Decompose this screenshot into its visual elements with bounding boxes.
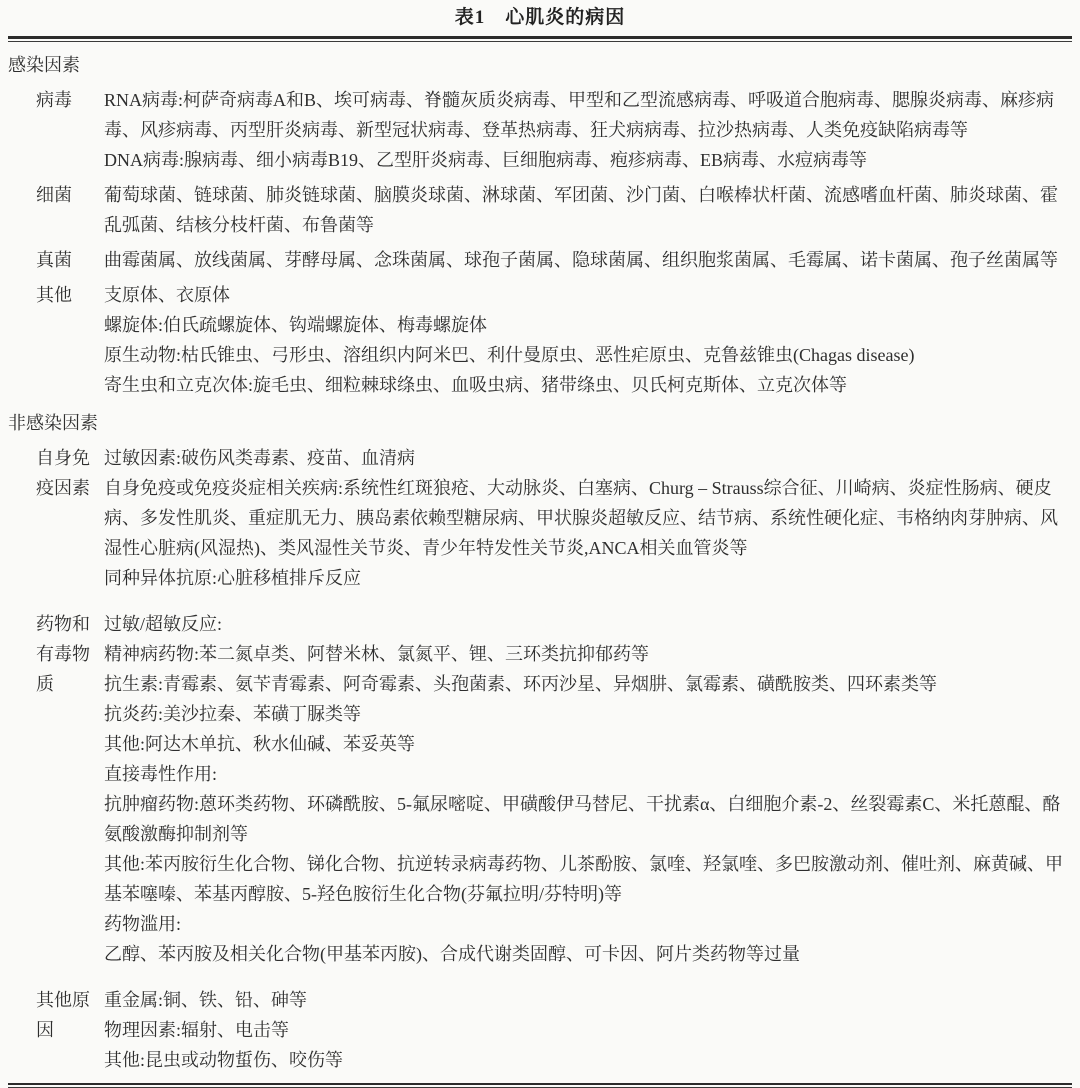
row-label: 病毒 <box>36 85 94 175</box>
scanned-table-page: 表1 心肌炎的病因 感染因素病毒RNA病毒:柯萨奇病毒A和B、埃可病毒、脊髓灰质… <box>0 0 1080 1088</box>
row-paragraph: 其他:苯丙胺衍生化合物、锑化合物、抗逆转录病毒药物、儿茶酚胺、氯喹、羟氯喹、多巴… <box>104 849 1072 909</box>
table-row: 其他支原体、衣原体螺旋体:伯氏疏螺旋体、钩端螺旋体、梅毒螺旋体原生动物:枯氏锥虫… <box>8 280 1072 400</box>
row-paragraph: 其他:阿达木单抗、秋水仙碱、苯妥英等 <box>104 729 1072 759</box>
row-paragraph: 其他:昆虫或动物蜇伤、咬伤等 <box>104 1045 1072 1075</box>
row-content: RNA病毒:柯萨奇病毒A和B、埃可病毒、脊髓灰质炎病毒、甲型和乙型流感病毒、呼吸… <box>94 85 1072 175</box>
row-label: 其他原因 <box>36 985 94 1075</box>
row-paragraph: 螺旋体:伯氏疏螺旋体、钩端螺旋体、梅毒螺旋体 <box>104 310 1072 340</box>
row-label: 真菌 <box>36 245 94 275</box>
row-paragraph: 抗肿瘤药物:蒽环类药物、环磷酰胺、5-氟尿嘧啶、甲磺酸伊马替尼、干扰素α、白细胞… <box>104 789 1072 849</box>
row-content: 重金属:铜、铁、铅、砷等物理因素:辐射、电击等其他:昆虫或动物蜇伤、咬伤等 <box>94 985 1072 1075</box>
row-paragraph: 自身免疫或免疫炎症相关疾病:系统性红斑狼疮、大动脉炎、白塞病、Churg – S… <box>104 473 1072 563</box>
row-label: 其他 <box>36 280 94 400</box>
row-content: 曲霉菌属、放线菌属、芽酵母属、念珠菌属、球孢子菌属、隐球菌属、组织胞浆菌属、毛霉… <box>94 245 1072 275</box>
table-bottom-rule <box>8 1083 1072 1088</box>
table-title: 表1 心肌炎的病因 <box>8 4 1072 32</box>
section-header: 感染因素 <box>8 50 1072 80</box>
row-paragraph: 葡萄球菌、链球菌、肺炎链球菌、脑膜炎球菌、淋球菌、军团菌、沙门菌、白喉棒状杆菌、… <box>104 180 1072 240</box>
row-paragraph: 精神病药物:苯二氮卓类、阿替米林、氯氮平、锂、三环类抗抑郁药等 <box>104 639 1072 669</box>
row-paragraph: 直接毒性作用: <box>104 759 1072 789</box>
row-paragraph: 抗生素:青霉素、氨苄青霉素、阿奇霉素、头孢菌素、环丙沙星、异烟肼、氯霉素、磺酰胺… <box>104 669 1072 699</box>
row-paragraph: 原生动物:枯氏锥虫、弓形虫、溶组织内阿米巴、利什曼原虫、恶性疟原虫、克鲁兹锥虫(… <box>104 340 1072 370</box>
row-paragraph: 抗炎药:美沙拉秦、苯磺丁脲类等 <box>104 699 1072 729</box>
table-top-rule <box>8 36 1072 42</box>
row-paragraph: 过敏因素:破伤风类毒素、疫苗、血清病 <box>104 443 1072 473</box>
row-label: 细菌 <box>36 180 94 240</box>
row-paragraph: 寄生虫和立克次体:旋毛虫、细粒棘球绦虫、血吸虫病、猪带绦虫、贝氏柯克斯体、立克次… <box>104 370 1072 400</box>
row-paragraph: 曲霉菌属、放线菌属、芽酵母属、念珠菌属、球孢子菌属、隐球菌属、组织胞浆菌属、毛霉… <box>104 245 1072 275</box>
row-label: 自身免疫因素 <box>36 443 94 593</box>
row-paragraph: RNA病毒:柯萨奇病毒A和B、埃可病毒、脊髓灰质炎病毒、甲型和乙型流感病毒、呼吸… <box>104 85 1072 145</box>
row-paragraph: 同种异体抗原:心脏移植排斥反应 <box>104 563 1072 593</box>
table-row: 真菌曲霉菌属、放线菌属、芽酵母属、念珠菌属、球孢子菌属、隐球菌属、组织胞浆菌属、… <box>8 245 1072 275</box>
table-row: 细菌葡萄球菌、链球菌、肺炎链球菌、脑膜炎球菌、淋球菌、军团菌、沙门菌、白喉棒状杆… <box>8 180 1072 240</box>
row-paragraph: DNA病毒:腺病毒、细小病毒B19、乙型肝炎病毒、巨细胞病毒、疱疹病毒、EB病毒… <box>104 145 1072 175</box>
row-paragraph: 重金属:铜、铁、铅、砷等 <box>104 985 1072 1015</box>
row-paragraph: 支原体、衣原体 <box>104 280 1072 310</box>
table-row: 其他原因重金属:铜、铁、铅、砷等物理因素:辐射、电击等其他:昆虫或动物蜇伤、咬伤… <box>8 985 1072 1075</box>
row-content: 葡萄球菌、链球菌、肺炎链球菌、脑膜炎球菌、淋球菌、军团菌、沙门菌、白喉棒状杆菌、… <box>94 180 1072 240</box>
row-content: 支原体、衣原体螺旋体:伯氏疏螺旋体、钩端螺旋体、梅毒螺旋体原生动物:枯氏锥虫、弓… <box>94 280 1072 400</box>
table-row: 病毒RNA病毒:柯萨奇病毒A和B、埃可病毒、脊髓灰质炎病毒、甲型和乙型流感病毒、… <box>8 85 1072 175</box>
row-paragraph: 乙醇、苯丙胺及相关化合物(甲基苯丙胺)、合成代谢类固醇、可卡因、阿片类药物等过量 <box>104 939 1072 969</box>
row-label: 药物和有毒物质 <box>36 609 94 969</box>
row-content: 过敏因素:破伤风类毒素、疫苗、血清病自身免疫或免疫炎症相关疾病:系统性红斑狼疮、… <box>94 443 1072 593</box>
row-paragraph: 物理因素:辐射、电击等 <box>104 1015 1072 1045</box>
row-paragraph: 药物滥用: <box>104 909 1072 939</box>
row-paragraph: 过敏/超敏反应: <box>104 609 1072 639</box>
table-row: 药物和有毒物质过敏/超敏反应:精神病药物:苯二氮卓类、阿替米林、氯氮平、锂、三环… <box>8 609 1072 969</box>
table-row: 自身免疫因素过敏因素:破伤风类毒素、疫苗、血清病自身免疫或免疫炎症相关疾病:系统… <box>8 443 1072 593</box>
row-content: 过敏/超敏反应:精神病药物:苯二氮卓类、阿替米林、氯氮平、锂、三环类抗抑郁药等抗… <box>94 609 1072 969</box>
section-header: 非感染因素 <box>8 408 1072 438</box>
table-body: 感染因素病毒RNA病毒:柯萨奇病毒A和B、埃可病毒、脊髓灰质炎病毒、甲型和乙型流… <box>8 50 1072 1075</box>
